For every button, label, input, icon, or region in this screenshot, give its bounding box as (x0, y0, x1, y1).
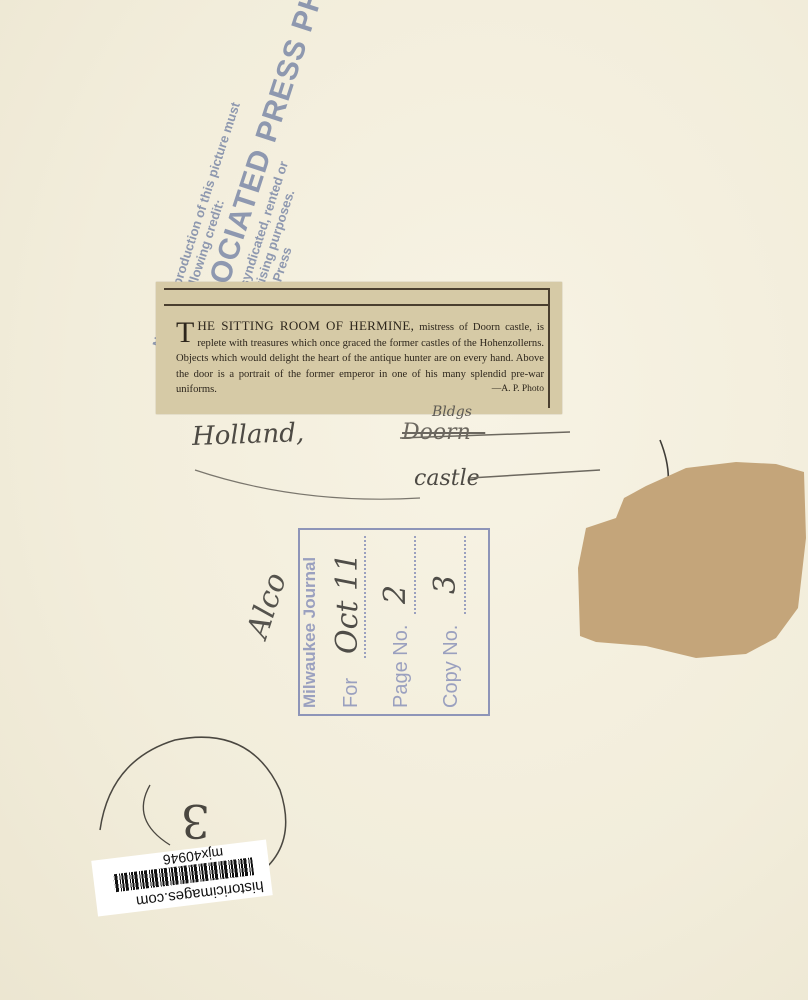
handwritten-insert: Bldgs (432, 404, 472, 420)
routing-field-value: Oct 11 (330, 553, 365, 654)
field-line (414, 536, 416, 614)
clipping-rule (164, 288, 550, 290)
clipping-caption: THE SITTING ROOM OF HERMINE, mistress of… (176, 318, 544, 398)
photo-credit: —A. P. Photo (492, 382, 544, 398)
drop-cap: T (176, 320, 194, 346)
newspaper-clipping: THE SITTING ROOM OF HERMINE, mistress of… (156, 282, 562, 414)
clipping-rule (164, 304, 550, 306)
routing-stamp-title: Milwaukee Journal (300, 557, 320, 708)
routing-field-label: Page No. (390, 625, 413, 708)
routing-stamp: Milwaukee Journal For Oct 11 Page No. 2 … (298, 528, 490, 716)
clipping-rule (548, 288, 550, 408)
handwritten-castle: castle (414, 466, 480, 491)
caption-headline: HE SITTING ROOM OF HERMINE, (197, 318, 414, 333)
routing-field-label: Copy No. (440, 625, 463, 708)
handwritten-struck-word: Doorn - (402, 420, 485, 445)
field-line (464, 536, 466, 614)
routing-field-value: 2 (378, 585, 413, 604)
glue-stain (576, 458, 808, 664)
handwritten-location: Holland, (192, 418, 305, 452)
routing-field-label: For (340, 678, 363, 708)
routing-field-value: 3 (428, 575, 463, 594)
